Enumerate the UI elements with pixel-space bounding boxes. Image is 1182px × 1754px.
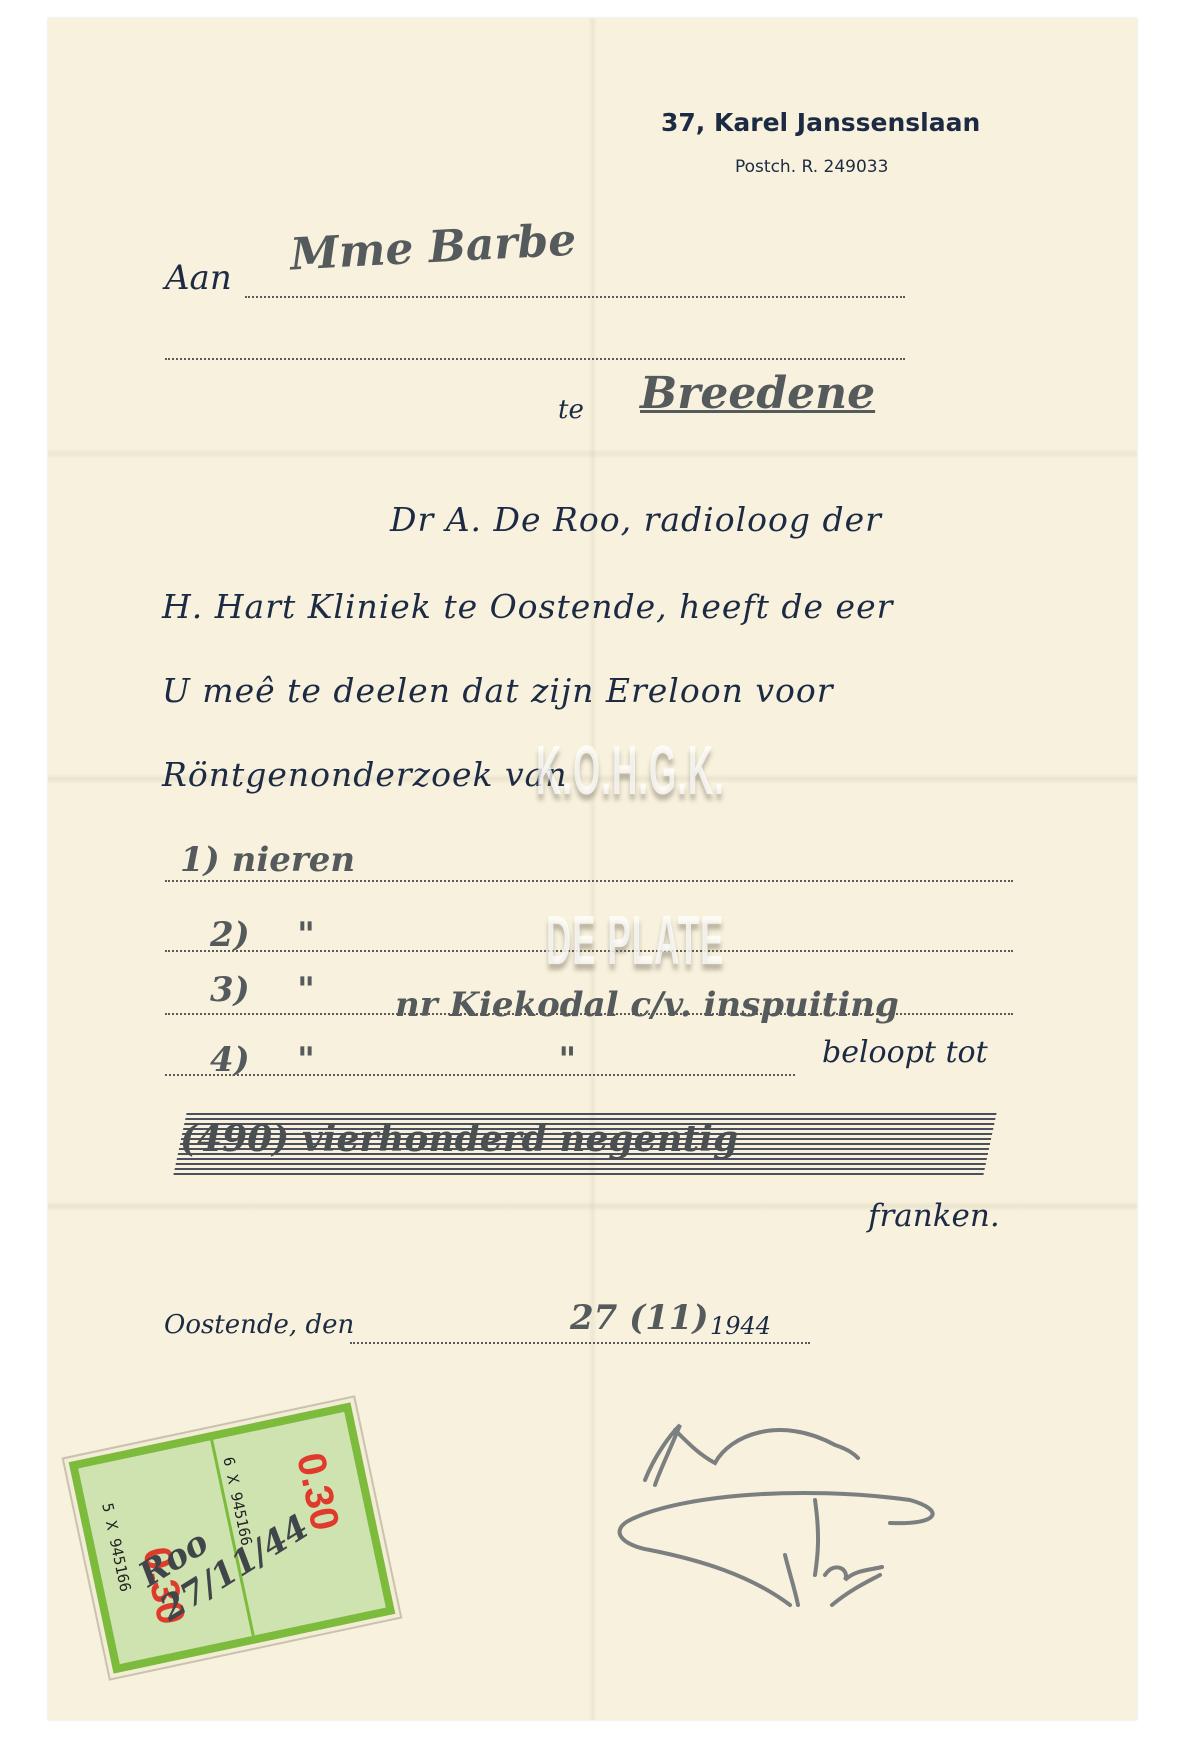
- stamp-serial: 5 X 945166: [98, 1501, 134, 1593]
- recipient-city: Breedene: [640, 368, 875, 419]
- body-line-4: Röntgenonderzoek van: [162, 755, 568, 794]
- exam-line-3: 3) ": [210, 970, 315, 1010]
- label-aan: Aan: [165, 258, 232, 298]
- label-franken: franken.: [868, 1198, 1000, 1234]
- exam-marker: 1): [180, 840, 220, 880]
- date-line-dots: [350, 1342, 810, 1344]
- exam-text: ": [297, 1040, 315, 1080]
- exam-line-4: 4) " ": [210, 1040, 576, 1080]
- exam-line-1-dots: [165, 880, 1013, 882]
- exam-marker: 2): [210, 915, 250, 955]
- date-year: 1944: [710, 1312, 771, 1340]
- body-line-1: Dr A. De Roo, radioloog der: [390, 500, 882, 539]
- exam-line-2: 2) ": [210, 915, 315, 955]
- watermark-de-plate: DE PLATE: [546, 900, 724, 980]
- body-line-2: H. Hart Kliniek te Oostende, heeft de ee…: [162, 587, 893, 626]
- label-oostende-den: Oostende, den: [164, 1310, 354, 1340]
- exam-detail: ": [559, 1040, 577, 1080]
- recipient-name-line: [245, 296, 905, 298]
- exam-line-1: 1) nieren: [180, 840, 355, 880]
- exam-marker: 4): [210, 1040, 250, 1080]
- amount-handwritten: (490) vierhonderd negentig: [180, 1118, 738, 1160]
- body-line-3: U meê te deelen dat zijn Ereloon voor: [162, 671, 833, 710]
- exam-marker: 3): [210, 970, 250, 1010]
- recipient-line-2: [165, 358, 905, 360]
- exam-line-3-detail: nr Kiekodal c/v. inspuiting: [395, 985, 899, 1025]
- signature-icon: [600, 1405, 980, 1635]
- letterhead-postcheck: Postch. R. 249033: [735, 157, 888, 177]
- exam-text: nieren: [232, 840, 356, 880]
- exam-text: ": [297, 915, 315, 955]
- label-beloopt-tot: beloopt tot: [822, 1035, 988, 1070]
- exam-text: ": [297, 970, 315, 1010]
- letterhead-address: 37, Karel Janssenslaan: [661, 108, 980, 137]
- watermark-kohgk: K.O.H.G.K.: [536, 730, 725, 810]
- date-handwritten: 27 (11): [570, 1298, 709, 1338]
- label-te: te: [558, 395, 584, 425]
